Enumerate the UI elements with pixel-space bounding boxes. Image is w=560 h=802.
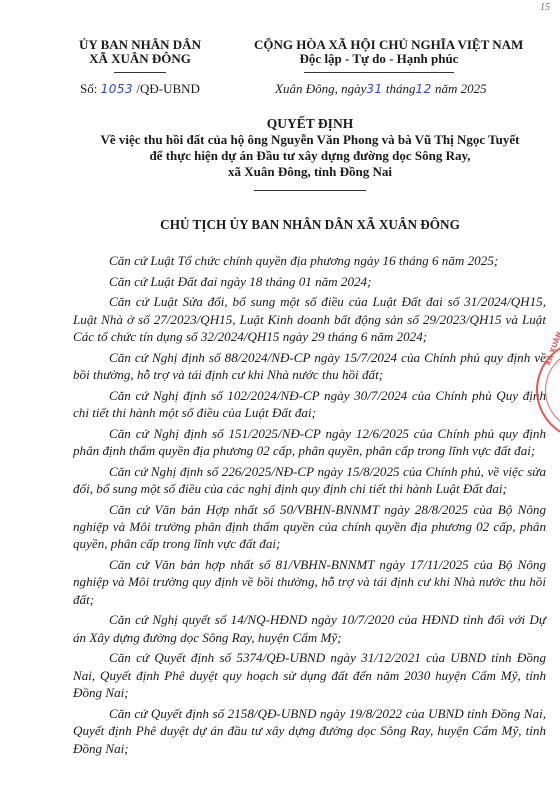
authority-heading: CHỦ TỊCH ỦY BAN NHÂN DÂN XÃ XUÂN ĐÔNG [60,217,560,233]
handwritten-number: 1053 [101,82,134,96]
legal-basis: Căn cứ Luật Đất đai ngày 18 tháng 01 năm… [73,273,546,290]
legal-basis: Căn cứ Nghị quyết số 14/NQ-HĐND ngày 10/… [73,611,546,646]
legal-basis: Căn cứ Nghị định số 88/2024/NĐ-CP ngày 1… [73,349,546,384]
legal-basis: Căn cứ Quyết định số 5374/QĐ-UBND ngày 3… [73,649,546,701]
authority-line-1: ỦY BAN NHÂN DÂN [72,38,208,52]
issue-date: Xuân Đông, ngày31 tháng12 năm 2025 [275,81,487,97]
number-prefix: Số: [80,81,97,96]
year-label: năm 2025 [435,81,487,96]
handwritten-month: 12 [416,82,432,96]
document-header: ỦY BAN NHÂN DÂN XÃ XUÂN ĐÔNG CỘNG HÒA XÃ… [0,38,560,108]
title-subject-line: Về việc thu hồi đất của hộ ông Nguyễn Vă… [60,132,560,148]
authority-divider [114,72,166,73]
month-label: tháng [386,81,416,96]
date-place: Xuân Đông, ngày [275,81,366,96]
legal-bases: Căn cứ Luật Tổ chức chính quyền địa phươ… [73,252,546,760]
number-suffix: /QĐ-UBND [136,81,200,96]
legal-basis: Căn cứ Luật Tổ chức chính quyền địa phươ… [73,252,546,269]
motto-divider [304,72,454,73]
legal-basis: Căn cứ Quyết định số 2158/QĐ-UBND ngày 1… [73,705,546,757]
motto: Độc lập - Tự do - Hạnh phúc [254,52,504,66]
stamp-text: XÃ XUÂN [544,331,560,367]
legal-basis: Căn cứ Nghị định số 226/2025/NĐ-CP ngày … [73,463,546,498]
issuing-authority: ỦY BAN NHÂN DÂN XÃ XUÂN ĐÔNG [72,38,208,73]
title-subject-line: xã Xuân Đông, tỉnh Đồng Nai [60,164,560,180]
title-divider [254,190,366,191]
page-mark: 15 [540,2,550,13]
legal-basis: Căn cứ Luật Sửa đổi, bổ sung một số điều… [73,293,546,345]
legal-basis: Căn cứ Nghị định số 151/2025/NĐ-CP ngày … [73,425,546,460]
title-subject-line: để thực hiện dự án Đầu tư xây dựng đường… [60,148,560,164]
decision-title: QUYẾT ĐỊNH Về việc thu hồi đất của hộ ôn… [60,116,560,191]
country-name: CỘNG HÒA XÃ HỘI CHỦ NGHĨA VIỆT NAM [254,38,504,52]
legal-basis: Căn cứ Văn bản hợp nhất số 81/VBHN-BNNMT… [73,556,546,608]
authority-line-2: XÃ XUÂN ĐÔNG [72,52,208,66]
title-main: QUYẾT ĐỊNH [60,116,560,132]
legal-basis: Căn cứ Nghị định số 102/2024/NĐ-CP ngày … [73,387,546,422]
handwritten-day: 31 [366,82,382,96]
legal-basis: Căn cứ Văn bản Hợp nhất số 50/VBHN-BNNMT… [73,501,546,553]
document-number: Số: 1053 /QĐ-UBND [80,81,200,97]
national-motto: CỘNG HÒA XÃ HỘI CHỦ NGHĨA VIỆT NAM Độc l… [254,38,504,73]
